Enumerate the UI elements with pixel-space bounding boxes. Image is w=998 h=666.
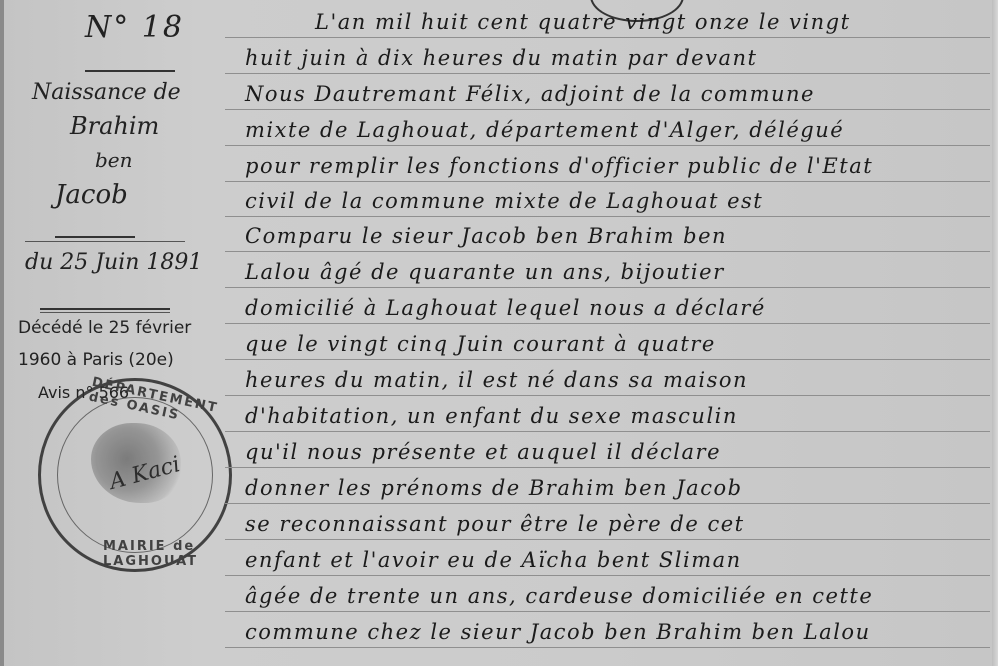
line-text: pour remplir les fonctions d'officier pu…: [245, 154, 873, 178]
death-note-line2: 1960 à Paris (20e): [18, 350, 174, 370]
line-text: civil de la commune mixte de Laghouat es…: [245, 189, 763, 213]
divider: [25, 241, 185, 242]
text-line: domicilié à Laghouat lequel nous a décla…: [225, 286, 990, 324]
divider: [85, 70, 175, 72]
birth-title: Naissance de: [32, 80, 181, 105]
text-line: d'habitation, un enfant du sexe masculin: [225, 394, 990, 432]
text-line: âgée de trente un ans, cardeuse domicili…: [225, 574, 990, 612]
text-line: donner les prénoms de Brahim ben Jacob: [225, 466, 990, 504]
line-text: âgée de trente un ans, cardeuse domicili…: [245, 584, 873, 608]
child-name-ben: ben: [95, 148, 133, 172]
text-line: heures du matin, il est né dans sa maiso…: [225, 358, 990, 396]
register-body: L'an mil huit cent quatre vingt onze le …: [225, 0, 998, 666]
line-text: huit juin à dix heures du matin par deva…: [245, 46, 757, 70]
line-text: enfant et l'avoir eu de Aïcha bent Slima…: [245, 548, 742, 572]
text-line: L'an mil huit cent quatre vingt onze le …: [225, 0, 990, 38]
text-line: Lalou âgé de quarante un ans, bijoutier: [225, 250, 990, 288]
line-text: commune chez le sieur Jacob ben Brahim b…: [245, 620, 871, 644]
seal-bottom-text: MAIRIE de LAGHOUAT: [103, 539, 229, 569]
line-text: Lalou âgé de quarante un ans, bijoutier: [245, 260, 725, 284]
line-text: que le vingt cinq Juin courant à quatre: [245, 332, 716, 356]
record-number: N° 18: [85, 10, 184, 45]
divider: [40, 312, 170, 313]
text-line: que le vingt cinq Juin courant à quatre: [225, 322, 990, 360]
text-line: mixte de Laghouat, département d'Alger, …: [225, 108, 990, 146]
child-name-first: Brahim: [70, 112, 159, 140]
text-line: qu'il nous présente et auquel il déclare: [225, 430, 990, 468]
mairie-seal-stamp: DÉPARTEMENT des OASIS MAIRIE de LAGHOUAT…: [38, 378, 232, 572]
line-text: qu'il nous présente et auquel il déclare: [245, 440, 721, 464]
line-text: Comparu le sieur Jacob ben Brahim ben: [245, 224, 727, 248]
line-text: Nous Dautremant Félix, adjoint de la com…: [245, 82, 815, 106]
line-text: L'an mil huit cent quatre vingt onze le …: [315, 10, 851, 34]
text-line: enfant et l'avoir eu de Aïcha bent Slima…: [225, 538, 990, 576]
text-line: Comparu le sieur Jacob ben Brahim ben: [225, 214, 990, 252]
divider: [40, 308, 170, 310]
line-text: heures du matin, il est né dans sa maiso…: [245, 368, 748, 392]
child-name-father: Jacob: [55, 180, 128, 210]
text-line: se reconnaissant pour être le père de ce…: [225, 502, 990, 540]
text-line: pour remplir les fonctions d'officier pu…: [225, 144, 990, 182]
text-line: huit juin à dix heures du matin par deva…: [225, 36, 990, 74]
line-text: se reconnaissant pour être le père de ce…: [245, 512, 745, 536]
line-text: mixte de Laghouat, département d'Alger, …: [245, 118, 844, 142]
death-note-line1: Décédé le 25 février: [18, 318, 191, 338]
text-line: Nous Dautremant Félix, adjoint de la com…: [225, 72, 990, 110]
divider: [55, 236, 135, 238]
register-page: N° 18 Naissance de Brahim ben Jacob du 2…: [0, 0, 998, 666]
birth-date: du 25 Juin 1891: [25, 250, 202, 275]
text-line: commune chez le sieur Jacob ben Brahim b…: [225, 610, 990, 648]
text-line: civil de la commune mixte de Laghouat es…: [225, 179, 990, 217]
line-text: donner les prénoms de Brahim ben Jacob: [245, 476, 743, 500]
line-text: domicilié à Laghouat lequel nous a décla…: [245, 296, 766, 320]
page-left-edge: [0, 0, 4, 666]
line-text: d'habitation, un enfant du sexe masculin: [245, 404, 738, 428]
